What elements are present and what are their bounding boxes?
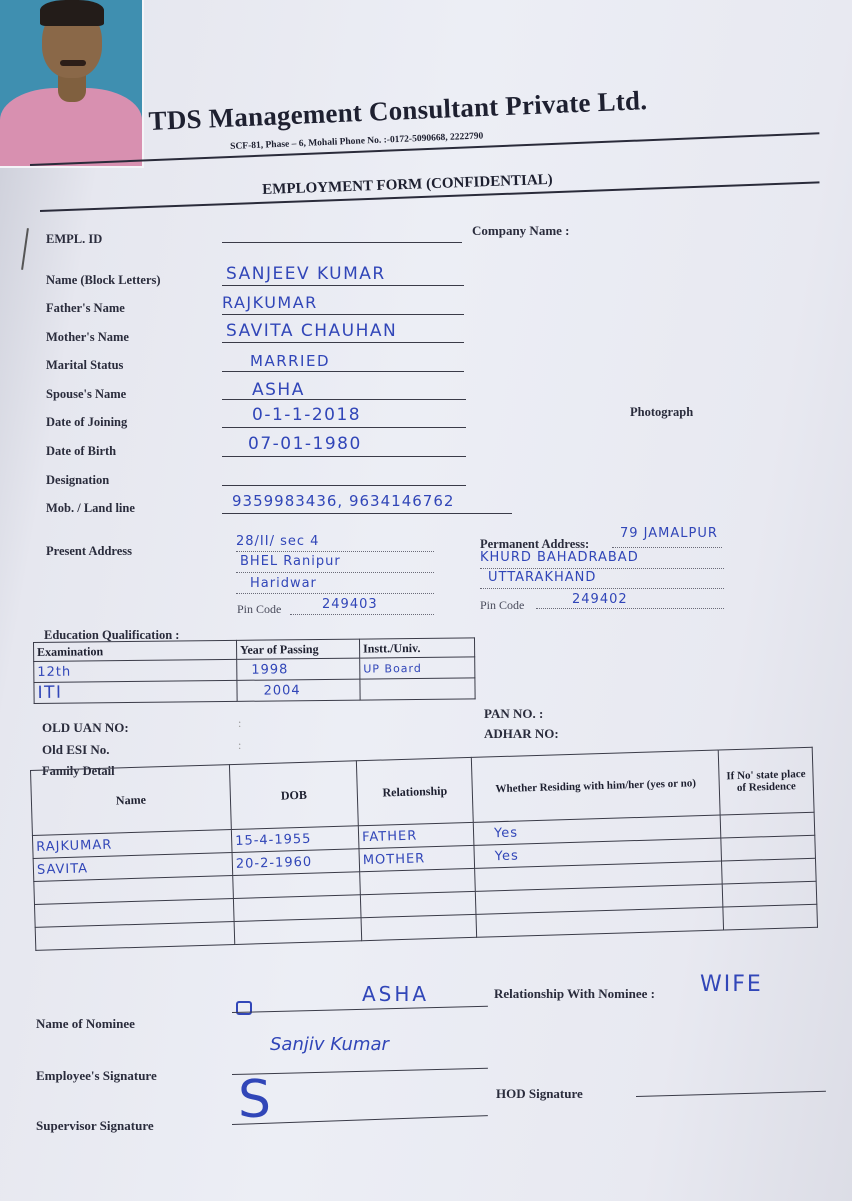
permanent-address-line-1[interactable]: 79 JAMALPUR [620,526,718,541]
family-residence-place-cell[interactable] [723,904,818,930]
employee-photo [0,0,144,168]
old-uan-separator: : [238,716,241,731]
father-name-line [222,314,464,315]
education-header-year: Year of Passing [236,639,359,659]
education-year-cell[interactable]: 2004 [237,679,360,701]
photo-moustache [60,60,86,66]
date-of-birth-label: Date of Birth [46,444,116,459]
permanent-address-dots-1 [612,547,722,548]
date-of-birth-value[interactable]: 07-01-1980 [248,434,362,454]
nominee-relationship-value[interactable]: WIFE [700,972,763,997]
mobile-label: Mob. / Land line [46,501,135,516]
family-relationship-cell[interactable]: MOTHER [359,845,475,871]
form-title: EMPLOYMENT FORM (CONFIDENTIAL) [262,172,553,199]
family-name-cell[interactable] [35,922,235,951]
education-header-institution: Instt./Univ. [359,638,474,658]
supervisor-signature-label: Supervisor Signature [36,1118,154,1134]
education-year-cell[interactable]: 1998 [237,658,360,680]
nominee-line [232,1006,488,1013]
mother-name-label: Mother's Name [46,330,129,345]
employee-signature-label: Employee's Signature [36,1068,157,1084]
family-relationship-cell[interactable] [361,914,477,940]
education-table: Examination Year of Passing Instt./Univ.… [33,637,476,704]
family-header-dob: DOB [229,761,358,830]
present-pin-value[interactable]: 249403 [322,597,378,612]
present-pin-label: Pin Code [237,602,281,617]
family-residence-place-cell[interactable] [722,858,817,884]
old-esi-separator: : [238,738,241,753]
marital-status-line [222,371,464,372]
designation-line[interactable] [222,485,466,486]
education-header-examination: Examination [34,640,237,661]
date-of-joining-label: Date of Joining [46,415,127,430]
family-header-relationship: Relationship [356,757,473,825]
education-row: ITI 2004 [34,678,475,704]
marital-status-label: Marital Status [46,358,123,373]
family-relationship-cell[interactable] [360,868,476,894]
present-address-line-2[interactable]: BHEL Ranipur [240,554,341,569]
name-value[interactable]: SANJEEV KUMAR [226,264,386,284]
mother-name-line [222,342,464,343]
designation-label: Designation [46,473,109,488]
family-residence-place-cell[interactable] [720,812,815,838]
education-exam-cell[interactable]: ITI [34,680,237,703]
education-institution-cell[interactable]: UP Board [360,657,475,679]
father-name-value[interactable]: RAJKUMAR [222,293,318,312]
hod-signature-line[interactable] [636,1091,826,1097]
permanent-address-line-2[interactable]: KHURD BAHADRABAD [480,550,639,565]
education-institution-cell[interactable] [360,678,475,700]
permanent-address-dots-2 [480,568,724,569]
family-header-name: Name [31,765,232,836]
permanent-pin-label: Pin Code [480,598,524,613]
present-address-label: Present Address [46,544,132,559]
spouse-name-line [222,399,466,400]
education-exam-cell[interactable]: 12th [34,659,237,682]
name-line [222,285,464,286]
empl-id-line[interactable] [222,242,462,243]
photograph-label: Photograph [630,405,693,420]
nominee-ink-mark [236,1001,252,1015]
permanent-pin-dots [536,608,724,609]
date-of-joining-value[interactable]: 0-1-1-2018 [252,405,361,425]
nominee-relationship-label: Relationship With Nominee : [494,986,655,1002]
old-esi-label: Old ESI No. [42,742,110,758]
present-pin-dots [290,614,434,615]
old-uan-label: OLD UAN NO: [42,720,129,736]
permanent-address-line-3[interactable]: UTTARAKHAND [488,570,596,585]
employee-signature-value[interactable]: Sanjiv Kumar [270,1034,389,1055]
date-of-joining-line [222,427,466,428]
company-name-label: Company Name : [472,223,570,239]
company-title: TDS Management Consultant Private Ltd. [148,85,648,137]
family-table: Name DOB Relationship Whether Residing w… [30,747,818,951]
name-label: Name (Block Letters) [46,273,161,288]
marital-status-value[interactable]: MARRIED [250,352,330,370]
adhar-label: ADHAR NO: [484,726,559,742]
family-relationship-cell[interactable]: FATHER [358,822,474,848]
family-relationship-cell[interactable] [360,891,476,917]
present-address-line-1[interactable]: 28/II/ sec 4 [236,534,319,549]
company-address-phone: SCF-81, Phase – 6, Mohali Phone No. :-01… [230,131,484,152]
empl-id-label: EMPL. ID [46,232,102,247]
spouse-name-label: Spouse's Name [46,387,126,402]
family-header-residence-place: If No' state place of Residence [718,747,814,815]
pan-label: PAN NO. : [484,706,543,722]
mother-name-value[interactable]: SAVITA CHAUHAN [226,321,397,341]
supervisor-signature-value[interactable]: S [238,1070,271,1130]
present-address-line-3[interactable]: Haridwar [250,576,317,591]
family-residence-place-cell[interactable] [721,835,816,861]
mobile-line [222,513,512,514]
family-dob-cell[interactable] [234,918,362,945]
date-of-birth-line [222,456,466,457]
permanent-address-dots-3 [480,588,724,589]
nominee-label: Name of Nominee [36,1016,135,1032]
present-address-dots-2 [236,572,434,573]
photo-neck [58,74,86,102]
family-header-residing: Whether Residing with him/her (yes or no… [471,750,720,822]
employment-form-page: TDS Management Consultant Private Ltd. S… [0,0,852,1201]
hod-signature-label: HOD Signature [496,1086,583,1102]
present-address-dots-3 [236,593,434,594]
mobile-value[interactable]: 9359983436, 9634146762 [232,492,454,510]
family-residence-place-cell[interactable] [722,881,817,907]
photo-hair [40,0,104,26]
spouse-name-value[interactable]: ASHA [252,380,305,400]
present-address-dots-1 [236,551,434,552]
margin-mark [21,228,29,270]
nominee-value[interactable]: ASHA [362,982,429,1006]
permanent-pin-value[interactable]: 249402 [572,592,628,607]
father-name-label: Father's Name [46,301,125,316]
